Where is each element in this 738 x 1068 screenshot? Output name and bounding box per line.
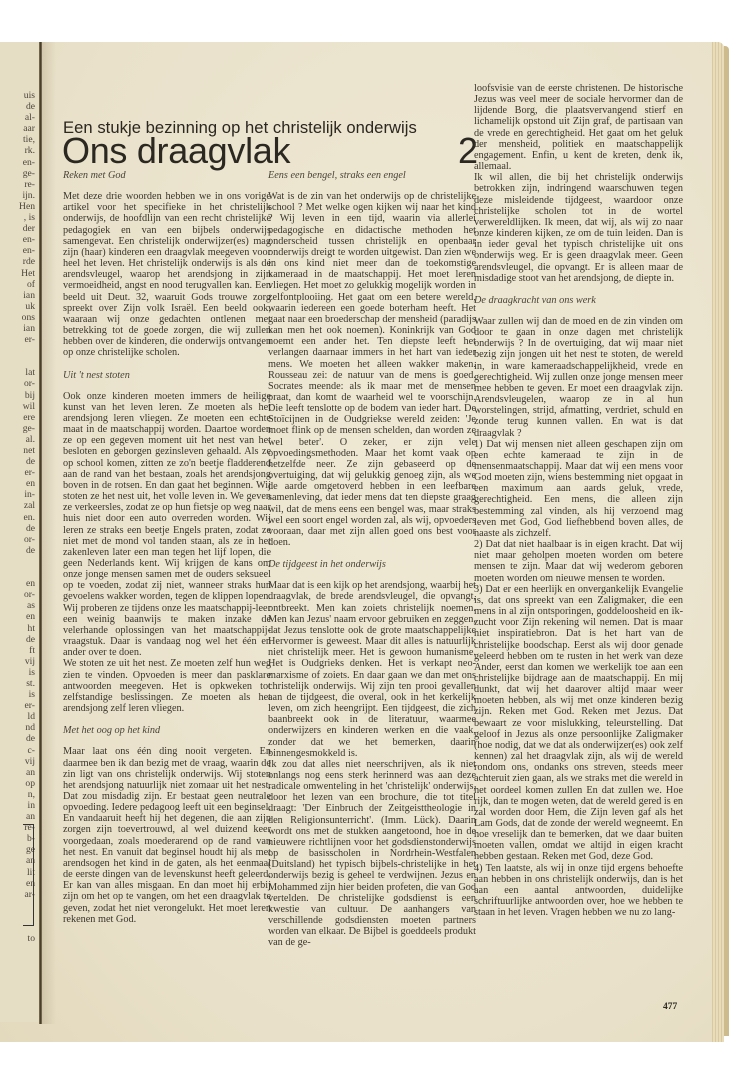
body-paragraph: 2) Dat dat niet haalbaar is in eigen kra…: [474, 539, 683, 584]
page-number: 477: [663, 1002, 677, 1012]
spacer: [63, 359, 271, 370]
spacer: [474, 306, 683, 316]
book-cover-edge: [724, 46, 729, 1036]
book-page-stack-edge: [712, 42, 724, 1042]
section-subheading: Uit 't nest stoten: [63, 370, 271, 381]
text-column-2: Eens een bengel, straks een engelWat is …: [268, 170, 476, 948]
gutter-shadow: [42, 42, 56, 1024]
spacer: [63, 736, 271, 746]
section-subheading: Reken met God: [63, 170, 271, 181]
spacer: [474, 284, 683, 295]
body-paragraph: loofsvisie van de eerste christenen. De …: [474, 83, 683, 172]
facing-page-text: uis de al- aar tie, rk. en- ge- re- ijn.…: [0, 90, 35, 944]
spacer: [63, 714, 271, 725]
section-subheading: De tijdgeest in het onderwijs: [268, 559, 476, 570]
body-paragraph: Ook onze kinderen moeten immers de heili…: [63, 391, 271, 659]
spacer: [63, 381, 271, 391]
body-paragraph: 3) Dat er een heerlijk en onvergankelijk…: [474, 584, 683, 863]
body-paragraph: Ik wil allen, die bij het christelijk on…: [474, 172, 683, 284]
facing-page-box-frame: [23, 824, 34, 926]
body-paragraph: Maar laat ons één ding nooit vergeten. E…: [63, 746, 271, 925]
facing-page-edge: uis de al- aar tie, rk. en- ge- re- ijn.…: [0, 42, 39, 1022]
section-subheading: De draagkracht van ons werk: [474, 295, 683, 306]
body-paragraph: 4) Ten laatste, als wij in onze tijd erg…: [474, 863, 683, 919]
body-paragraph: Ik zou dat alles niet neerschrijven, als…: [268, 759, 476, 949]
body-paragraph: Wat is de zin van het onderwijs op de ch…: [268, 191, 476, 548]
body-paragraph: 1) Dat wij mensen niet alleen geschapen …: [474, 439, 683, 539]
text-column-3: loofsvisie van de eerste christenen. De …: [474, 83, 683, 918]
body-paragraph: We stoten ze uit het nest. Ze moeten zel…: [63, 658, 271, 714]
spacer: [268, 181, 476, 191]
section-subheading: Met het oog op het kind: [63, 725, 271, 736]
body-paragraph: Maar dat is een kijk op het arendsjong, …: [268, 580, 476, 759]
body-paragraph: Met deze drie woorden hebben we in ons v…: [63, 191, 271, 358]
spacer: [63, 181, 271, 191]
text-column-1: Reken met GodMet deze drie woorden hebbe…: [63, 170, 271, 925]
magazine-page: uis de al- aar tie, rk. en- ge- re- ijn.…: [0, 42, 712, 1042]
article-title: Ons draagvlak: [62, 130, 290, 172]
section-subheading: Eens een bengel, straks een engel: [268, 170, 476, 181]
spacer: [268, 548, 476, 559]
body-paragraph: Waar zullen wij dan de moed en de zin vi…: [474, 316, 683, 439]
spacer: [268, 570, 476, 580]
